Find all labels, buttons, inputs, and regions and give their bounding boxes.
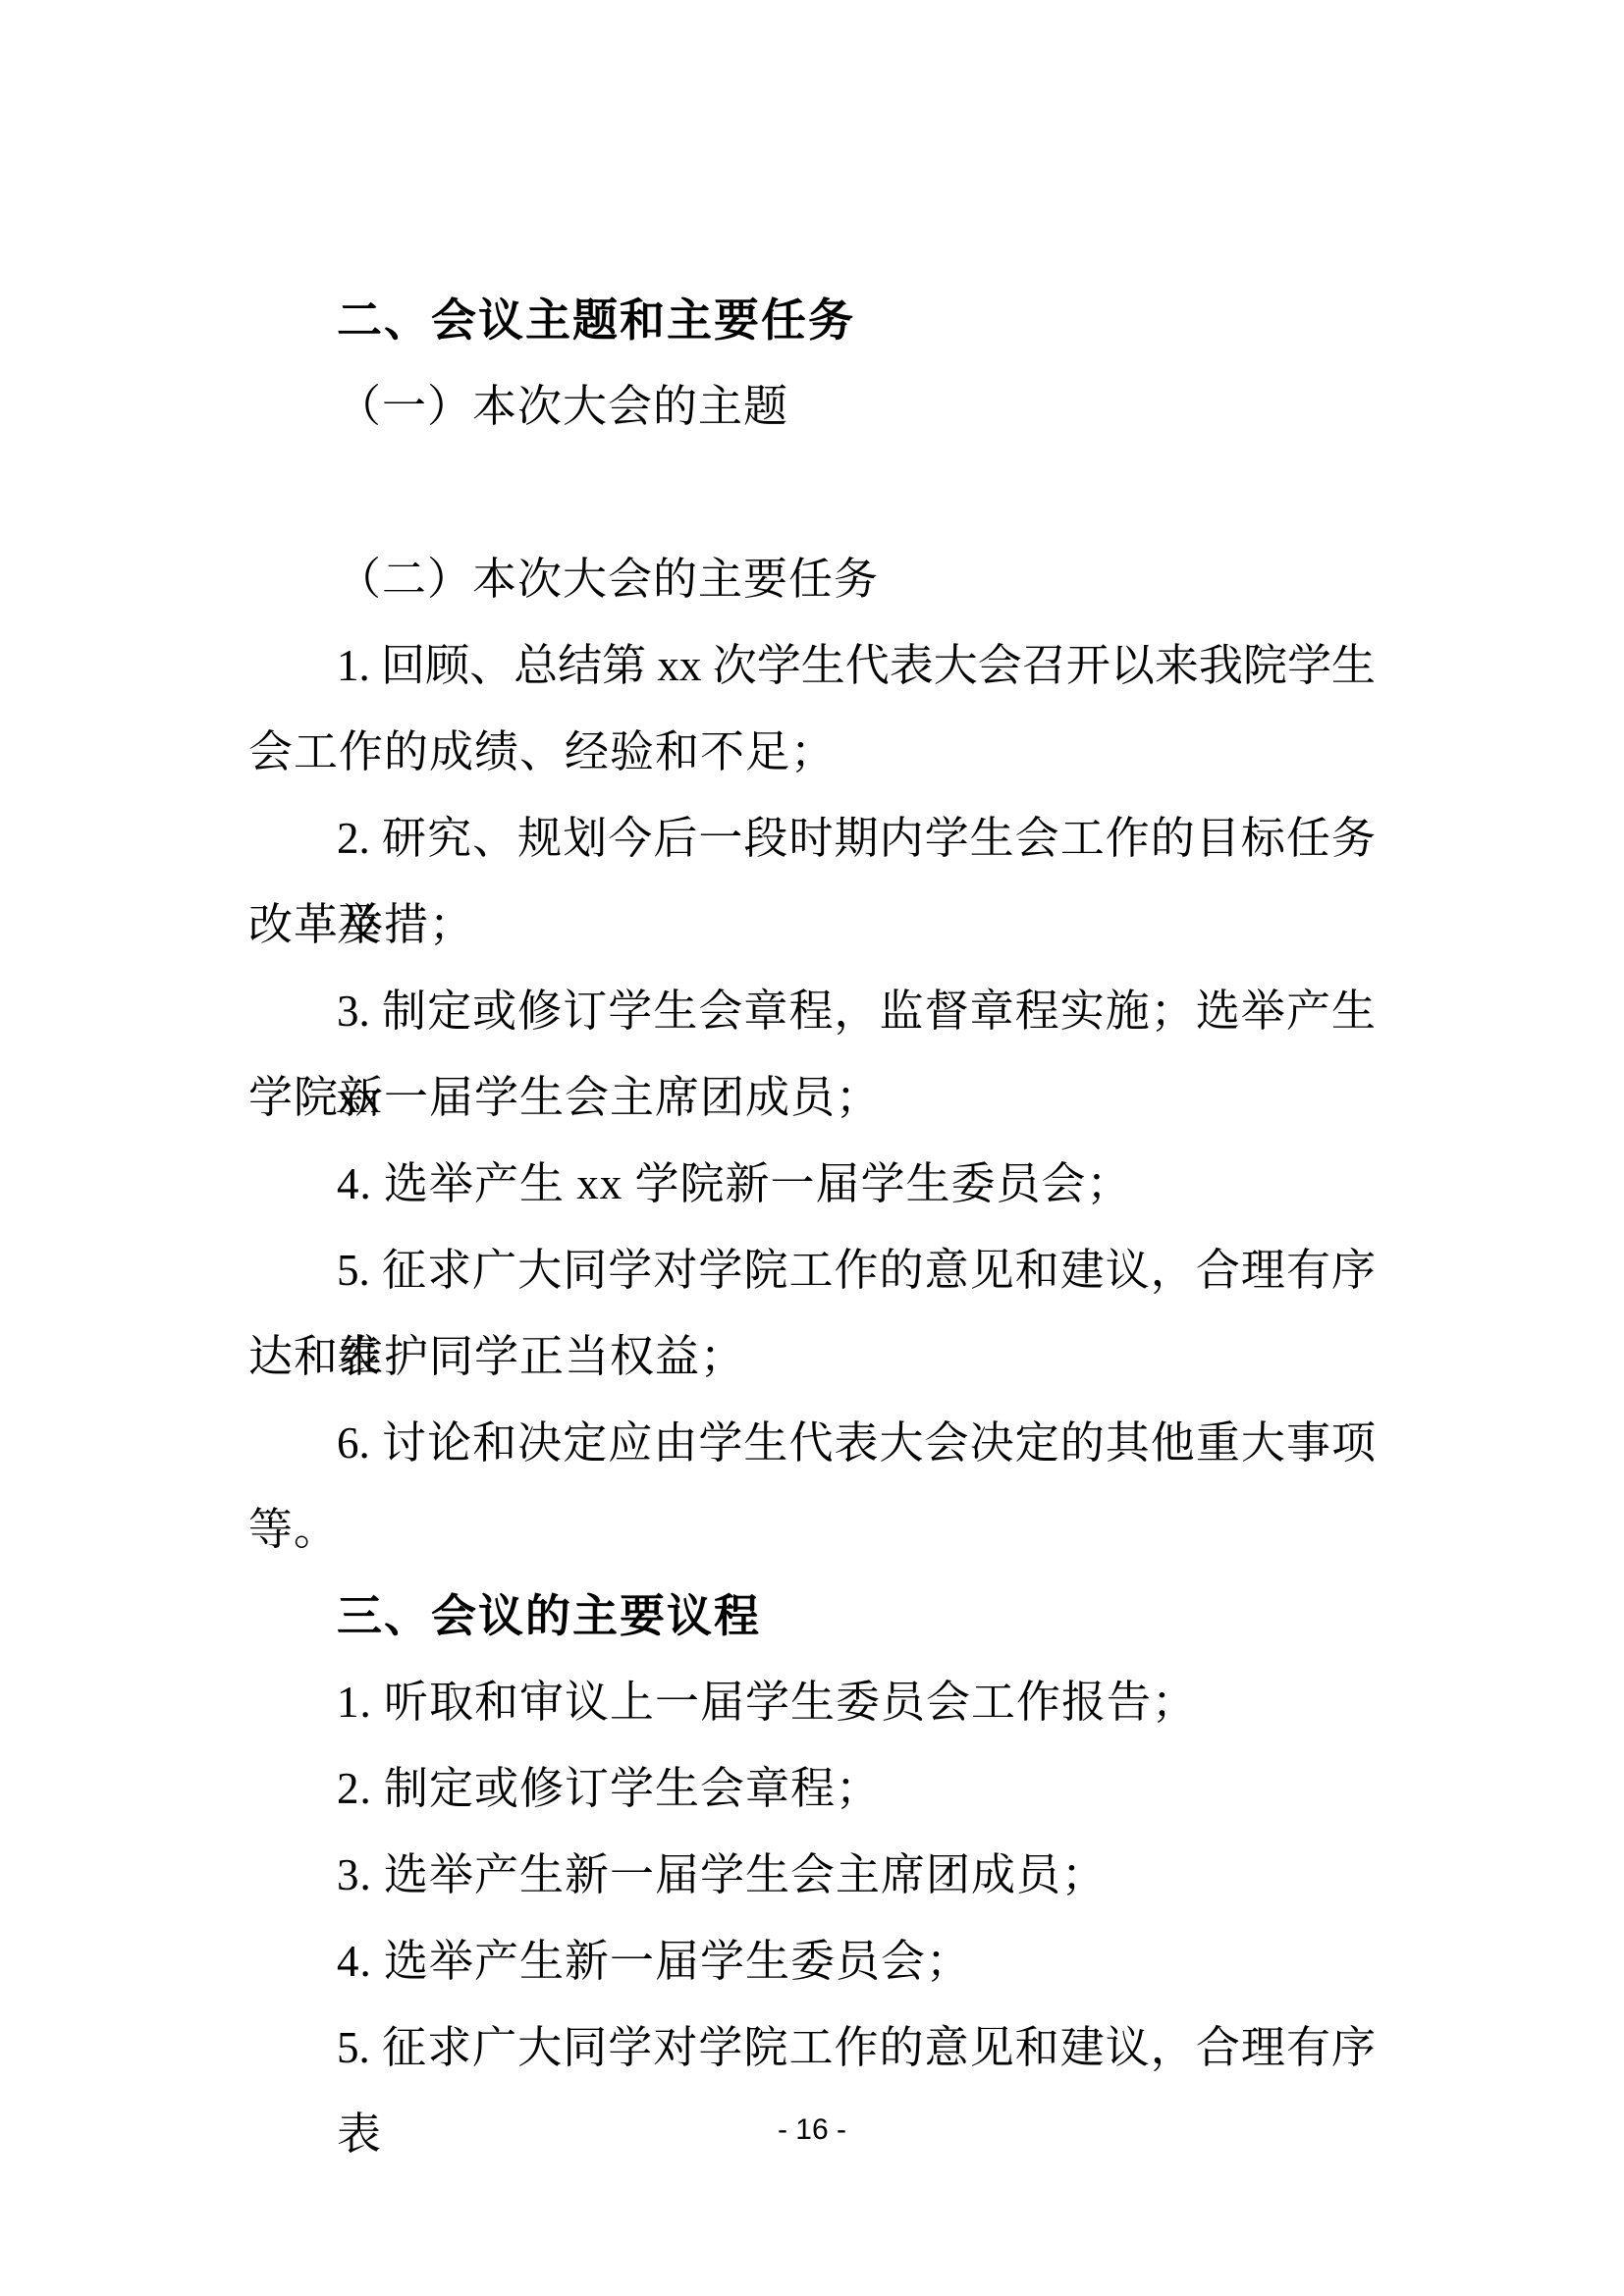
section-heading-2: 二、会议主题和主要任务 (248, 277, 1376, 363)
agenda-5-line-1: 5. 征求广大同学对学院工作的意见和建议，合理有序表 (248, 2004, 1376, 2091)
agenda-3-line: 3. 选举产生新一届学生会主席团成员； (248, 1832, 1376, 1918)
task-3-line-1: 3. 制定或修订学生会章程，监督章程实施；选举产生 xx (248, 968, 1376, 1054)
task-2-line-2: 改革举措； (248, 881, 1376, 968)
agenda-2-line: 2. 制定或修订学生会章程； (248, 1745, 1376, 1832)
subheading-meeting-theme: （一）本次大会的主题 (248, 363, 1376, 450)
task-1-line-2: 会工作的成绩、经验和不足； (248, 709, 1376, 795)
task-2-line-1: 2. 研究、规划今后一段时期内学生会工作的目标任务及 (248, 795, 1376, 881)
task-4-line: 4. 选举产生 xx 学院新一届学生委员会； (248, 1141, 1376, 1227)
task-5-line-1: 5. 征求广大同学对学院工作的意见和建议，合理有序表 (248, 1227, 1376, 1313)
subheading-main-tasks: （二）本次大会的主要任务 (248, 536, 1376, 622)
task-6-line-1: 6. 讨论和决定应由学生代表大会决定的其他重大事项 (248, 1400, 1376, 1486)
document-page: 二、会议主题和主要任务 （一）本次大会的主题 （二）本次大会的主要任务 1. 回… (0, 0, 1624, 2296)
task-1-line-1: 1. 回顾、总结第 xx 次学生代表大会召开以来我院学生 (248, 622, 1376, 709)
section-heading-3: 三、会议的主要议程 (248, 1573, 1376, 1659)
task-5-line-2: 达和维护同学正当权益； (248, 1313, 1376, 1400)
task-3-line-2: 学院新一届学生会主席团成员； (248, 1054, 1376, 1141)
agenda-4-line: 4. 选举产生新一届学生委员会； (248, 1918, 1376, 2004)
page-number: - 16 - (0, 2101, 1624, 2160)
agenda-1-line: 1. 听取和审议上一届学生委员会工作报告； (248, 1659, 1376, 1745)
task-6-line-2: 等。 (248, 1486, 1376, 1573)
